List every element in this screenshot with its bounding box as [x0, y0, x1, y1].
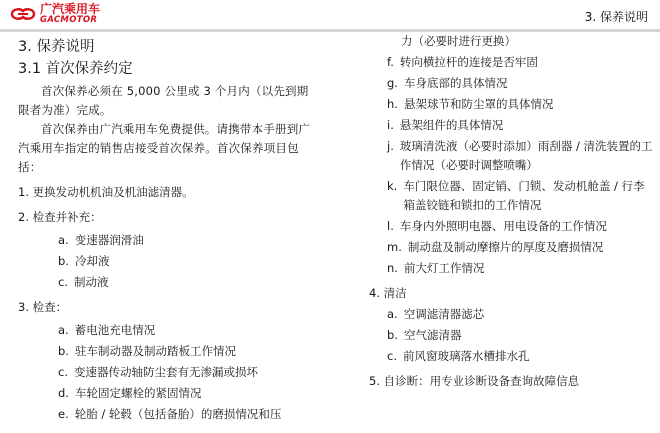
- list-item-5: 5. 自诊断：用专业诊断设备查询故障信息: [369, 372, 653, 391]
- list-subitem: b.冷却液: [58, 252, 318, 271]
- list-item-3-subitems: a.蓄电池充电情况 b.驻车制动器及制动踏板工作情况 c.变速器传动轴防尘套有无…: [18, 321, 318, 424]
- paragraph-first-service-deadline: 首次保养必须在 5,000 公里或 3 个月内（以先到期限者为准）完成。: [18, 82, 318, 120]
- left-column: 3. 保养说明 3.1 首次保养约定 首次保养必须在 5,000 公里或 3 个…: [18, 32, 318, 424]
- page-header: 广汽乘用车 GACMOTOR 3. 保养说明: [0, 0, 660, 30]
- list-subitem: b.空气滤清器: [387, 326, 653, 345]
- list-subitem-continuation: 力（必要时进行更换）: [385, 32, 653, 51]
- list-subitem: h.悬架球节和防尘罩的具体情况: [387, 95, 653, 114]
- list-subitem: b.驻车制动器及制动踏板工作情况: [58, 342, 318, 361]
- list-subitem: a.蓄电池充电情况: [58, 321, 318, 340]
- list-item-4: 4. 清洁: [369, 284, 653, 303]
- list-subitem: c.前风窗玻璃落水槽排水孔: [387, 347, 653, 366]
- list-subitem: e.轮胎 / 轮毂（包括备胎）的磨损情况和压: [58, 405, 318, 424]
- list-item-2-subitems: a.变速器润滑油 b.冷却液 c.制动液: [18, 231, 318, 292]
- list-subitem: c.制动液: [58, 273, 318, 292]
- list-subitem: g.车身底部的具体情况: [387, 74, 653, 93]
- list-subitem: m.制动盘及制动摩擦片的厚度及磨损情况: [387, 238, 653, 257]
- section-heading: 3.1 首次保养约定: [18, 58, 318, 80]
- list-item-1: 1. 更换发动机机油及机油滤清器。: [18, 183, 318, 202]
- list-item-3-subitems-continued: f.转向横拉杆的连接是否牢固 g.车身底部的具体情况 h.悬架球节和防尘罩的具体…: [385, 53, 653, 278]
- list-subitem: n.前大灯工作情况: [387, 259, 653, 278]
- list-subitem: a.变速器润滑油: [58, 231, 318, 250]
- list-subitem: i.悬架组件的具体情况: [387, 116, 653, 135]
- logo-english-text: GACMOTOR: [40, 16, 100, 25]
- list-subitem: a.空调滤清器滤芯: [387, 305, 653, 324]
- chapter-heading: 3. 保养说明: [18, 36, 318, 58]
- list-subitem: f.转向横拉杆的连接是否牢固: [387, 53, 653, 72]
- list-subitem: l.车身内外照明电器、用电设备的工作情况: [387, 217, 653, 236]
- gac-motor-logo: 广汽乘用车 GACMOTOR: [10, 3, 100, 25]
- gac-logo-icon: [10, 7, 36, 21]
- list-subitem: d.车轮固定螺栓的紧固情况: [58, 384, 318, 403]
- logo-chinese-text: 广汽乘用车: [40, 3, 100, 15]
- right-column: 力（必要时进行更换） f.转向横拉杆的连接是否牢固 g.车身底部的具体情况 h.…: [385, 32, 653, 391]
- list-item-4-subitems: a.空调滤清器滤芯 b.空气滤清器 c.前风窗玻璃落水槽排水孔: [385, 305, 653, 366]
- list-subitem: c.变速器传动轴防尘套有无渗漏或损坏: [58, 363, 318, 382]
- list-item-3: 3. 检查：: [18, 298, 318, 317]
- list-item-2: 2. 检查并补充：: [18, 208, 318, 227]
- paragraph-first-service-free: 首次保养由广汽乘用车免费提供。请携带本手册到广汽乘用车指定的销售店接受首次保养。…: [18, 120, 318, 177]
- list-subitem: j.玻璃清洗液（必要时添加）雨刮器 / 清洗装置的工作情况（必要时调整喷嘴）: [387, 137, 653, 175]
- header-section-title: 3. 保养说明: [585, 8, 648, 25]
- list-subitem: k.车门限位器、固定销、门锁、发动机舱盖 / 行李箱盖铰链和锁扣的工作情况: [387, 177, 653, 215]
